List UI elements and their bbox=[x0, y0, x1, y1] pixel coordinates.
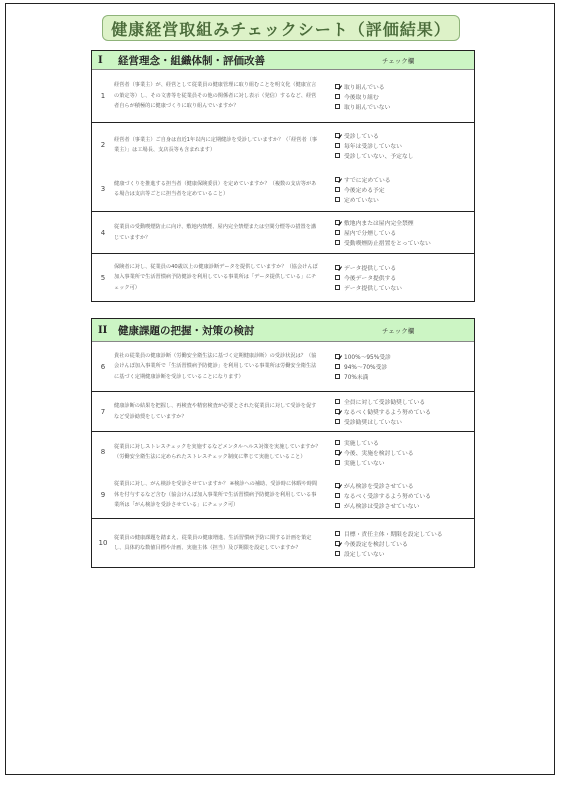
checkbox-icon[interactable] bbox=[335, 493, 340, 498]
question-number: 6 bbox=[92, 342, 114, 391]
check-column-label: チェック欄 bbox=[382, 56, 414, 65]
question-number: 10 bbox=[92, 519, 114, 567]
section-header: II 健康課題の把握・対策の検討 チェック欄 bbox=[92, 319, 474, 342]
question-text: 経営者（事業主）が、経営として従業員の健康管理に取り組むことを明文化（健康宣言の… bbox=[114, 70, 329, 122]
question-number: 7 bbox=[92, 392, 114, 431]
checkbox-icon[interactable] bbox=[335, 94, 340, 99]
section-header: I 経営理念・組織体制・評価改善 チェック欄 bbox=[92, 51, 474, 70]
checkbox-icon[interactable] bbox=[335, 440, 340, 445]
checkbox-checked-icon[interactable] bbox=[335, 84, 340, 89]
question-row: 10 従業員の健康課題を踏まえ、従業員の健康増進、生活習慣病予防に関する計画を策… bbox=[92, 519, 474, 567]
question-text: 健康づくりを推進する担当者（健康保険委員）を定めていますか？（複数の支店等がある… bbox=[114, 167, 329, 211]
option[interactable]: データ提供している bbox=[335, 263, 474, 273]
option[interactable]: 今後データ提供する bbox=[335, 273, 474, 283]
option[interactable]: なるべく勧奨するよう努めている bbox=[335, 407, 474, 417]
option-group: 100%～95%受診 94%～70%受診 70%未満 bbox=[329, 342, 474, 391]
option-group: 取り組んでいる 今後取り組む 取り組んでいない bbox=[329, 70, 474, 122]
option[interactable]: なるべく受診するよう努めている bbox=[335, 490, 474, 500]
option-group: 敷地内または屋内完全禁煙 屋内で分煙している 受動喫煙防止措置をとっていない bbox=[329, 212, 474, 253]
option[interactable]: 毎年は受診していない bbox=[335, 140, 474, 150]
option[interactable]: 今後取り組む bbox=[335, 91, 474, 101]
option[interactable]: 設定していない bbox=[335, 548, 474, 558]
checkbox-checked-icon[interactable] bbox=[335, 409, 340, 414]
section-number: I bbox=[92, 55, 118, 66]
question-row: 6 貴社の従業員の健康診断（労働安全衛生法に基づく定期健康診断）の受診状況は？（… bbox=[92, 342, 474, 392]
option[interactable]: 受診勧奨はしていない bbox=[335, 417, 474, 427]
question-text: 貴社の従業員の健康診断（労働安全衛生法に基づく定期健康診断）の受診状況は？（協会… bbox=[114, 342, 329, 391]
check-column-label: チェック欄 bbox=[382, 326, 414, 335]
option-group: 全員に対して受診勧奨している なるべく勧奨するよう努めている 受診勧奨はしていな… bbox=[329, 392, 474, 431]
section-1: I 経営理念・組織体制・評価改善 チェック欄 1 経営者（事業主）が、経営として… bbox=[91, 50, 475, 302]
option[interactable]: 受診していない、予定なし bbox=[335, 150, 474, 160]
option[interactable]: 100%～95%受診 bbox=[335, 352, 474, 362]
checkbox-checked-icon[interactable] bbox=[335, 450, 340, 455]
page-title: 健康経営取組みチェックシート（評価結果） bbox=[111, 17, 451, 40]
question-number: 8 bbox=[92, 432, 114, 472]
checkbox-checked-icon[interactable] bbox=[335, 177, 340, 182]
option[interactable]: 今後定める予定 bbox=[335, 184, 474, 194]
option[interactable]: 今後設定を検討している bbox=[335, 538, 474, 548]
question-text: 従業員に対し、がん検診を受診させていますか？ ※検診への補助、受診時に休暇や時間… bbox=[114, 472, 329, 518]
checkbox-checked-icon[interactable] bbox=[335, 265, 340, 270]
question-row: 5 保険者に対し、従業員の40歳以上の健康診断データを提供していますか？（協会け… bbox=[92, 254, 474, 301]
checkbox-icon[interactable] bbox=[335, 419, 340, 424]
title-banner: 健康経営取組みチェックシート（評価結果） bbox=[102, 15, 460, 41]
option-group: すでに定めている 今後定める予定 定めていない bbox=[329, 167, 474, 211]
option[interactable]: データ提供していない bbox=[335, 283, 474, 293]
question-text: 従業員に対しストレスチェックを実施するなどメンタルヘルス対策を実施していますか？… bbox=[114, 432, 329, 472]
checkbox-icon[interactable] bbox=[335, 374, 340, 379]
option-group: データ提供している 今後データ提供する データ提供していない bbox=[329, 254, 474, 301]
section-number: II bbox=[92, 325, 118, 336]
option[interactable]: 受診している bbox=[335, 130, 474, 140]
checkbox-icon[interactable] bbox=[335, 364, 340, 369]
option[interactable]: 実施している bbox=[335, 437, 474, 447]
option[interactable]: 目標・責任主体・期限を設定している bbox=[335, 528, 474, 538]
option[interactable]: 取り組んでいる bbox=[335, 81, 474, 91]
option[interactable]: 受動喫煙防止措置をとっていない bbox=[335, 238, 474, 248]
checkbox-icon[interactable] bbox=[335, 153, 340, 158]
option[interactable]: すでに定めている bbox=[335, 174, 474, 184]
question-number: 1 bbox=[92, 70, 114, 122]
checkbox-icon[interactable] bbox=[335, 275, 340, 280]
checkbox-icon[interactable] bbox=[335, 240, 340, 245]
option-group: 実施している 今後、実施を検討している 実施していない bbox=[329, 432, 474, 472]
checkbox-icon[interactable] bbox=[335, 460, 340, 465]
option[interactable]: 全員に対して受診勧奨している bbox=[335, 397, 474, 407]
checkbox-checked-icon[interactable] bbox=[335, 354, 340, 359]
checkbox-icon[interactable] bbox=[335, 197, 340, 202]
checkbox-icon[interactable] bbox=[335, 551, 340, 556]
question-row: 2 経営者（事業主）ご自身は直近1年以内に定期健診を受診していますか？（「経営者… bbox=[92, 123, 474, 167]
question-number: 5 bbox=[92, 254, 114, 301]
question-text: 経営者（事業主）ご自身は直近1年以内に定期健診を受診していますか？（「経営者（事… bbox=[114, 123, 329, 167]
checkbox-icon[interactable] bbox=[335, 285, 340, 290]
checkbox-checked-icon[interactable] bbox=[335, 220, 340, 225]
checkbox-checked-icon[interactable] bbox=[335, 133, 340, 138]
option[interactable]: 70%未満 bbox=[335, 372, 474, 382]
checkbox-icon[interactable] bbox=[335, 187, 340, 192]
question-text: 健康診断の結果を把握し、再検査や精密検査が必要とされた従業員に対して受診を促すな… bbox=[114, 392, 329, 431]
question-number: 4 bbox=[92, 212, 114, 253]
option[interactable]: 実施していない bbox=[335, 457, 474, 467]
option[interactable]: 敷地内または屋内完全禁煙 bbox=[335, 218, 474, 228]
question-row: 8 従業員に対しストレスチェックを実施するなどメンタルヘルス対策を実施しています… bbox=[92, 432, 474, 472]
checkbox-icon[interactable] bbox=[335, 503, 340, 508]
checkbox-checked-icon[interactable] bbox=[335, 483, 340, 488]
checkbox-icon[interactable] bbox=[335, 399, 340, 404]
section-title: 健康課題の把握・対策の検討 bbox=[118, 323, 474, 338]
checkbox-icon[interactable] bbox=[335, 143, 340, 148]
question-number: 3 bbox=[92, 167, 114, 211]
question-text: 従業員の健康課題を踏まえ、従業員の健康増進、生活習慣病予防に関する計画を策定し、… bbox=[114, 519, 329, 567]
checkbox-icon[interactable] bbox=[335, 104, 340, 109]
option[interactable]: 定めていない bbox=[335, 194, 474, 204]
question-row: 7 健康診断の結果を把握し、再検査や精密検査が必要とされた従業員に対して受診を促… bbox=[92, 392, 474, 432]
checkbox-icon[interactable] bbox=[335, 230, 340, 235]
option-group: がん検診を受診させている なるべく受診するよう努めている がん検診は受診させてい… bbox=[329, 472, 474, 518]
option-group: 目標・責任主体・期限を設定している 今後設定を検討している 設定していない bbox=[329, 519, 474, 567]
option[interactable]: 94%～70%受診 bbox=[335, 362, 474, 372]
question-row: 9 従業員に対し、がん検診を受診させていますか？ ※検診への補助、受診時に休暇や… bbox=[92, 472, 474, 519]
question-number: 9 bbox=[92, 472, 114, 518]
question-number: 2 bbox=[92, 123, 114, 167]
checkbox-checked-icon[interactable] bbox=[335, 541, 340, 546]
option[interactable]: 今後、実施を検討している bbox=[335, 447, 474, 457]
section-title: 経営理念・組織体制・評価改善 bbox=[118, 53, 474, 68]
option[interactable]: 屋内で分煙している bbox=[335, 228, 474, 238]
section-2: II 健康課題の把握・対策の検討 チェック欄 6 貴社の従業員の健康診断（労働安… bbox=[91, 318, 475, 568]
option[interactable]: がん検診を受診させている bbox=[335, 480, 474, 490]
question-text: 保険者に対し、従業員の40歳以上の健康診断データを提供していますか？（協会けんぽ… bbox=[114, 254, 329, 301]
option[interactable]: 取り組んでいない bbox=[335, 101, 474, 111]
question-text: 従業員の受動喫煙防止に向け、敷地内禁煙、屋内完全禁煙または空間分煙等の措置を講じ… bbox=[114, 212, 329, 253]
checkbox-icon[interactable] bbox=[335, 531, 340, 536]
question-row: 1 経営者（事業主）が、経営として従業員の健康管理に取り組むことを明文化（健康宣… bbox=[92, 70, 474, 123]
question-row: 4 従業員の受動喫煙防止に向け、敷地内禁煙、屋内完全禁煙または空間分煙等の措置を… bbox=[92, 212, 474, 254]
option[interactable]: がん検診は受診させていない bbox=[335, 500, 474, 510]
question-row: 3 健康づくりを推進する担当者（健康保険委員）を定めていますか？（複数の支店等が… bbox=[92, 167, 474, 212]
option-group: 受診している 毎年は受診していない 受診していない、予定なし bbox=[329, 123, 474, 167]
